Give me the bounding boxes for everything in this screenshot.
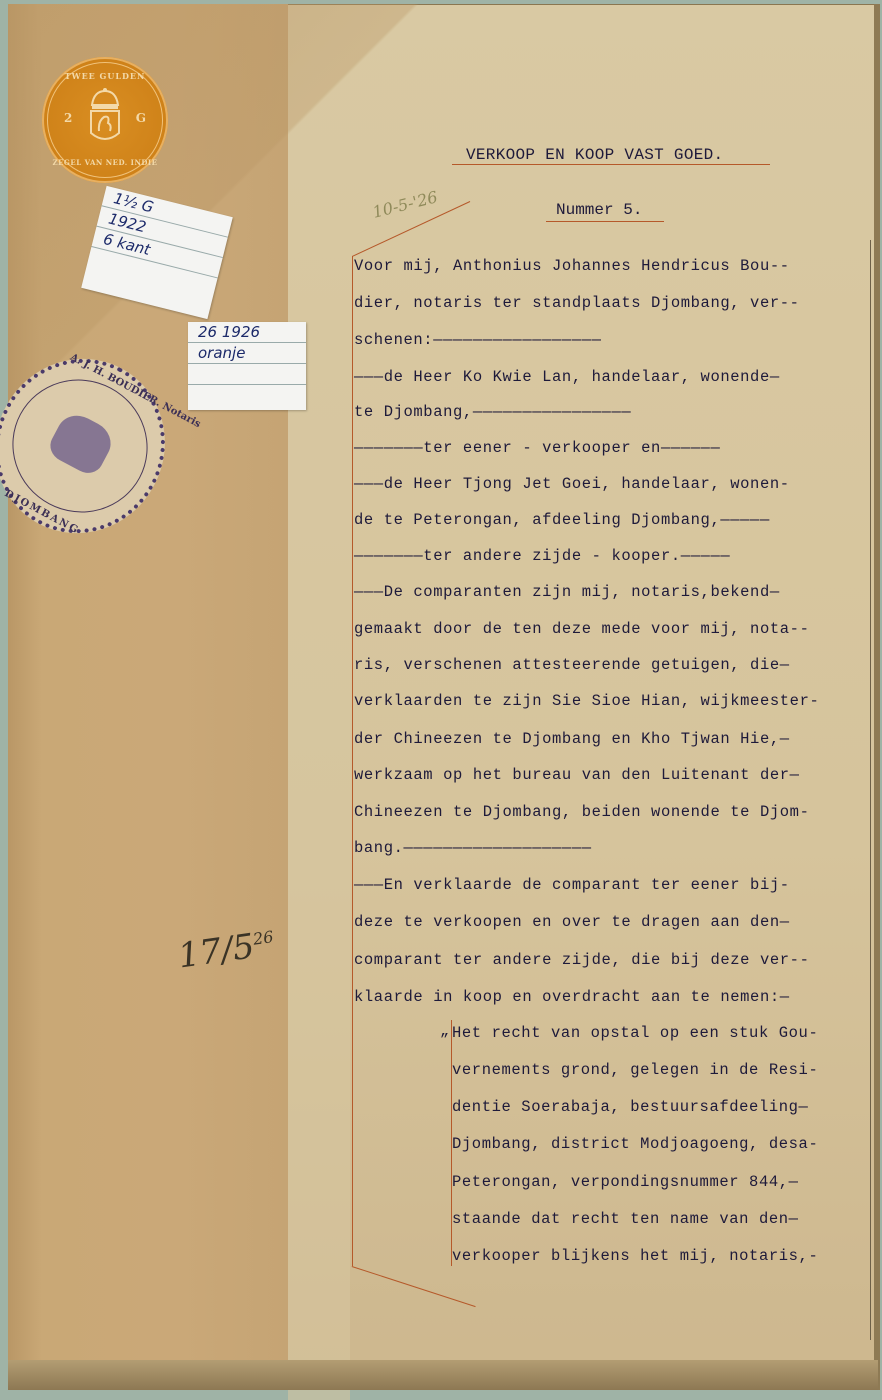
label-line: 26 1926 (188, 322, 306, 343)
stamp-bottom-text: ZEGEL VAN NED. INDIE (42, 158, 168, 167)
indented-line: Djombang, district Modjoagoeng, desa- (452, 1135, 818, 1153)
stamp-top-text: TWEE GULDEN (42, 71, 168, 81)
body-line: te Djombang,———————————————— (354, 403, 631, 421)
right-margin-rule (870, 240, 871, 1340)
indented-line: verkooper blijkens het mij, notaris,- (452, 1247, 818, 1265)
body-line: Voor mij, Anthonius Johannes Hendricus B… (354, 257, 790, 275)
page-right-edge (874, 4, 880, 1390)
body-line: ———En verklaarde de comparant ter eener … (354, 876, 790, 894)
document-title: VERKOOP EN KOOP VAST GOED. (466, 146, 723, 164)
fold-strip (288, 320, 350, 1400)
indented-line: vernements grond, gelegen in de Resi- (452, 1061, 818, 1079)
body-line: gemaakt door de ten deze mede voor mij, … (354, 620, 809, 638)
handwritten-note-sup: 26 (252, 927, 275, 949)
body-line: ris, verschenen attesteerende getuigen, … (354, 656, 790, 674)
body-line: de te Peterongan, afdeeling Djombang,———… (354, 511, 770, 529)
page-bottom-edge (8, 1360, 878, 1390)
body-line: ———De comparanten zijn mij, notaris,beke… (354, 583, 780, 601)
body-line: comparant ter andere zijde, die bij deze… (354, 951, 809, 969)
body-line: ———de Heer Ko Kwie Lan, handelaar, wonen… (354, 368, 780, 386)
indented-line: staande dat recht ten name van den— (452, 1210, 799, 1228)
body-line: dier, notaris ter standplaats Djombang, … (354, 294, 800, 312)
body-line: Chineezen te Djombang, beiden wonende te… (354, 803, 809, 821)
label-line-empty (188, 364, 306, 385)
indented-line: dentie Soerabaja, bestuursafdeeling— (452, 1098, 808, 1116)
body-line: bang.——————————————————— (354, 839, 592, 857)
left-margin-rule (352, 256, 353, 1266)
body-line: verklaarden te zijn Sie Sioe Hian, wijkm… (354, 692, 819, 710)
body-line: werkzaam op het bureau van den Luitenant… (354, 766, 800, 784)
body-line: deze te verkoopen en over te dragen aan … (354, 913, 790, 931)
indented-line: Het recht van opstal op een stuk Gou- (452, 1024, 818, 1042)
stamp-denomination-right: G (136, 111, 146, 125)
indented-line: Peterongan, verpondingsnummer 844,— (452, 1173, 799, 1191)
title-underline (452, 164, 770, 165)
stamp-denomination-left: 2 (64, 111, 72, 125)
body-line: der Chineezen te Djombang en Kho Tjwan H… (354, 730, 790, 748)
body-line: ———————ter andere zijde - kooper.————— (354, 547, 730, 565)
number-underline (546, 221, 664, 222)
revenue-stamp: TWEE GULDEN 2 G ZEGEL VAN NED. INDIE (42, 57, 168, 183)
document-number: Nummer 5. (556, 201, 642, 219)
quote-mark: „ (440, 1023, 449, 1040)
body-line: klaarde in koop en overdracht aan te nem… (354, 988, 790, 1006)
body-line: schenen:————————————————— (354, 331, 602, 349)
archive-label-2: 26 1926 oranje (188, 322, 306, 410)
body-line: ———de Heer Tjong Jet Goei, handelaar, wo… (354, 475, 790, 493)
label-line: oranje (188, 343, 306, 364)
crown-shield-icon (86, 87, 124, 147)
body-line: ———————ter eener - verkooper en—————— (354, 439, 720, 457)
